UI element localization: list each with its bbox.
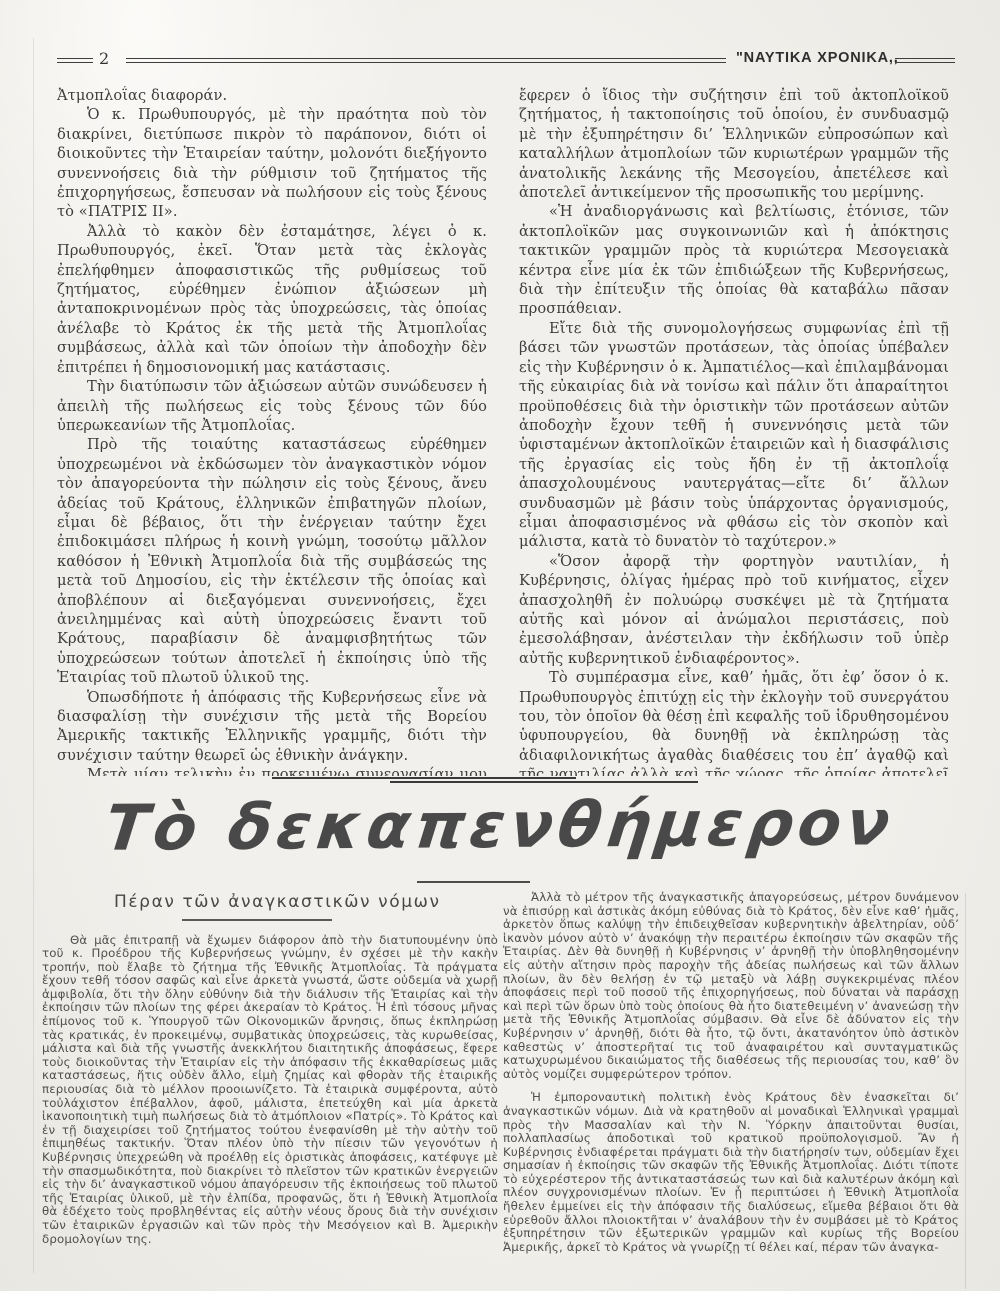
subheading-rule: [182, 919, 332, 921]
section-divider-segment: [390, 781, 698, 783]
paragraph: Ὁ κ. Πρωθυπουργός, μὲ τὴν πραότητα ποὺ τ…: [57, 105, 487, 221]
paragraph: Ἀτμοπλοΐας διαφοράν.: [57, 86, 487, 105]
paragraph: ἔφερεν ὁ ἴδιος τὴν συζήτησιν ἐπὶ τοῦ ἀκτ…: [519, 86, 949, 202]
paragraph: Ἀλλὰ τὸ μέτρον τῆς ἀναγκαστικῆς ἀπαγορεύ…: [503, 891, 959, 1081]
paragraph: Θὰ μᾶς ἐπιτραπῇ νὰ ἔχωμεν διάφορον ἀπὸ τ…: [42, 934, 498, 1247]
paragraph: Εἴτε διὰ τῆς συνομολογήσεως συμφωνίας ἐπ…: [519, 319, 949, 552]
paragraph: Μετὰ μίαν τελικὴν ἐν προκειμένῳ συνεργασ…: [57, 765, 487, 776]
header-rule-middle: [126, 58, 726, 63]
section-subheading: Πέραν τῶν ἀναγκαστικῶν νόμων: [114, 892, 498, 912]
page-number: 2: [99, 49, 109, 68]
paragraph: «Ὅσον ἀφορᾷ τὴν φορτηγὸν ναυτιλίαν, ἡ Κυ…: [519, 552, 949, 668]
section-column-right: Ἀλλὰ τὸ μέτρον τῆς ἀναγκαστικῆς ἀπαγορεύ…: [503, 891, 959, 1254]
section-title-rule: [417, 881, 530, 883]
paragraph: Τὸ συμπέρασμα εἶνε, καθ’ ἡμᾶς, ὅτι ἐφ’ ὅ…: [519, 668, 949, 776]
article-column-left: Ἀτμοπλοΐας διαφοράν. Ὁ κ. Πρωθυπουργός, …: [57, 86, 487, 776]
paragraph: «Ἡ ἀναδιοργάνωσις καὶ βελτίωσις, ἐτόνισε…: [519, 202, 949, 318]
paragraph: Ἡ ἐμποροναυτικὴ πολιτικὴ ἑνὸς Κράτους δὲ…: [503, 1091, 959, 1254]
section-column-left: Πέραν τῶν ἀναγκαστικῶν νόμων Θὰ μᾶς ἐπιτ…: [42, 892, 498, 1246]
paragraph: Τὴν διατύπωσιν τῶν ἀξιώσεων αὐτῶν συνώδε…: [57, 377, 487, 435]
article-top: Ἀτμοπλοΐας διαφοράν. Ὁ κ. Πρωθυπουργός, …: [57, 86, 949, 776]
section-script-title: Τὸ δεκαπενθήμερον: [0, 786, 1000, 866]
header-rule-right: [895, 58, 955, 63]
header-rule-left: [57, 58, 93, 63]
section-divider-segment: [272, 777, 576, 779]
paragraph: Πρὸ τῆς τοιαύτης καταστάσεως εὑρέθημεν ὑ…: [57, 435, 487, 687]
scan-edge-line: [33, 38, 34, 1273]
magazine-page: 2 "ΝΑΥΤΙΚΑ ΧΡΟΝΙΚΑ,, Ἀτμοπλοΐας διαφοράν…: [0, 0, 1000, 1291]
scan-artifact-line: [965, 893, 966, 1289]
paragraph: Ἀλλὰ τὸ κακὸν δὲν ἐσταμάτησε, λέγει ὁ κ.…: [57, 222, 487, 377]
masthead-title: "ΝΑΥΤΙΚΑ ΧΡΟΝΙΚΑ,,: [736, 50, 892, 66]
paragraph: Ὁπωσδήποτε ἡ ἀπόφασις τῆς Κυβερνήσεως εἶ…: [57, 688, 487, 766]
article-column-right: ἔφερεν ὁ ἴδιος τὴν συζήτησιν ἐπὶ τοῦ ἀκτ…: [519, 86, 949, 776]
